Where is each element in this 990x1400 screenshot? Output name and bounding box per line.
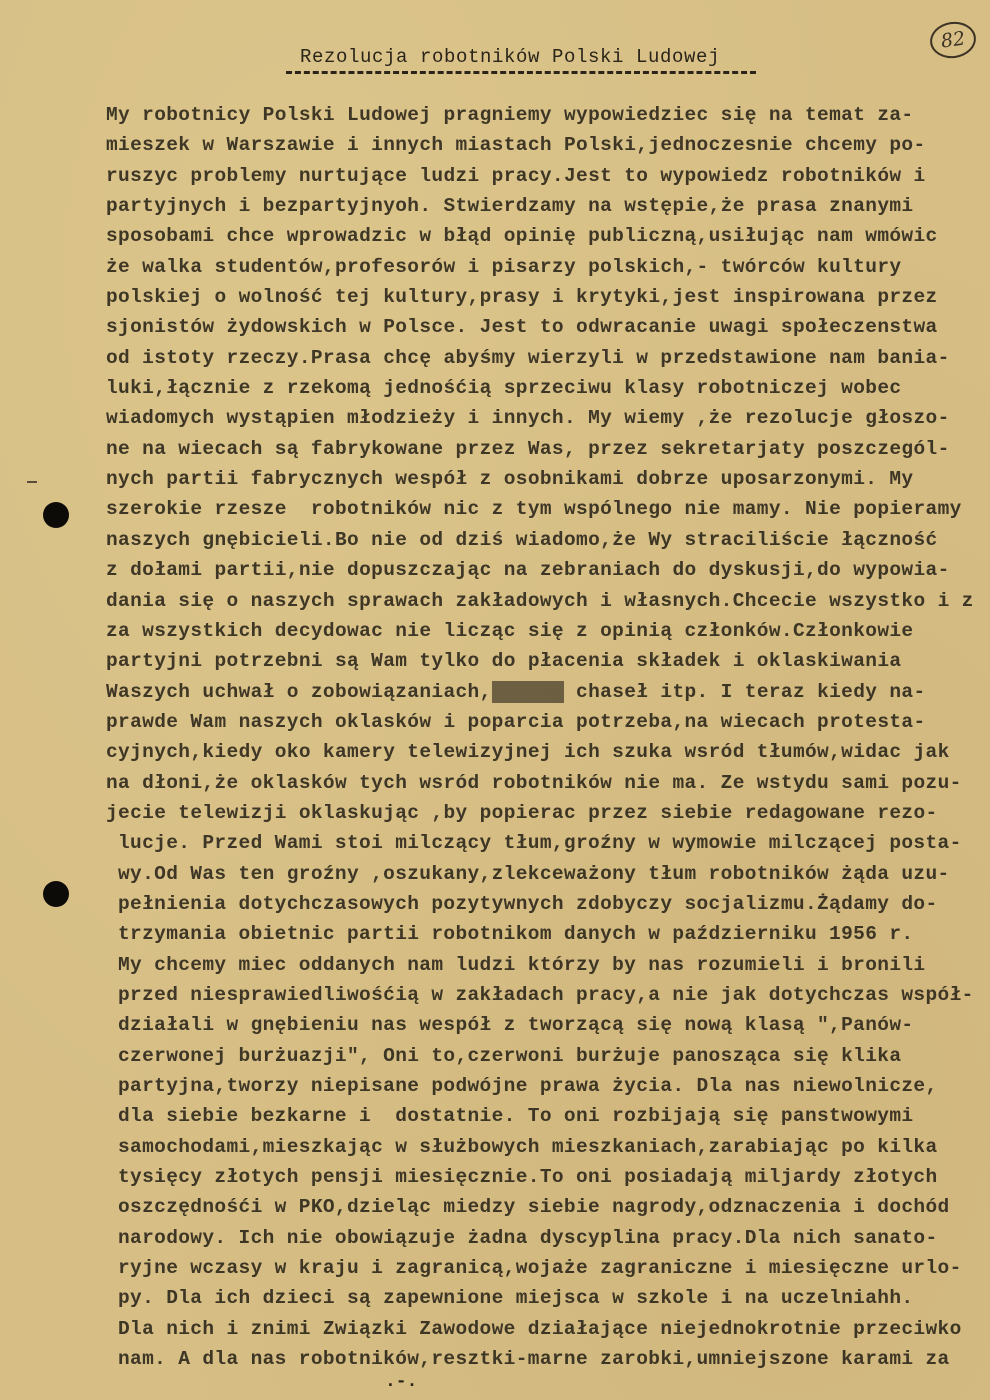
text-line: sjonistów żydowskich w Polsce. Jest to o…	[106, 312, 990, 342]
text-line: sposobami chce wprowadzic w błąd opinię …	[106, 221, 990, 251]
text-line: wiadomych wystąpien młodzieży i innych. …	[106, 403, 990, 433]
text-segment: Waszych uchwał o zobowiązaniach,	[106, 681, 492, 703]
text-line: My robotnicy Polski Ludowej pragniemy wy…	[106, 100, 990, 130]
text-line: pełnienia dotychczasowych pozytywnych zd…	[106, 889, 990, 919]
text-line: nych partii fabrycznych wespół z osobnik…	[106, 464, 990, 494]
text-line: Dla nich i znimi Związki Zawodowe działa…	[106, 1314, 990, 1344]
text-line: nam. A dla nas robotników,resztki-marne …	[106, 1344, 990, 1374]
text-line: naszych gnębicieli.Bo nie od dziś wiadom…	[106, 525, 990, 555]
punch-hole-icon	[43, 502, 69, 528]
text-line: polskiej o wolność tej kultury,prasy i k…	[106, 282, 990, 312]
text-line: narodowy. Ich nie obowiązuje żadna dyscy…	[106, 1223, 990, 1253]
text-line: z dołami partii,nie dopuszczając na zebr…	[106, 555, 990, 585]
text-line: trzymania obietnic partii robotnikom dan…	[106, 919, 990, 949]
text-segment: chaseł itp. I teraz kiedy na-	[564, 681, 926, 703]
text-line: na dłoni,że oklasków tych wsród robotnik…	[106, 768, 990, 798]
text-line: dania się o naszych sprawach zakładowych…	[106, 586, 990, 616]
text-line: partyjni potrzebni są Wam tylko do płace…	[106, 646, 990, 676]
text-line: samochodami,mieszkając w służbowych mies…	[106, 1132, 990, 1162]
text-line: od istoty rzeczy.Prasa chcę abyśmy wierz…	[106, 343, 990, 373]
page-continuation-mark: .-.	[385, 1372, 417, 1392]
text-line: lucje. Przed Wami stoi milczący tłum,gro…	[106, 828, 990, 858]
text-line: cyjnych,kiedy oko kamery telewizyjnej ic…	[106, 737, 990, 767]
text-line: py. Dla ich dzieci są zapewnione miejsca…	[106, 1283, 990, 1313]
text-line: My chcemy miec oddanych nam ludzi którzy…	[106, 950, 990, 980]
document-title: Rezolucja robotników Polski Ludowej	[300, 46, 720, 68]
text-line: luki,łącznie z rzekomą jednośćią sprzeci…	[106, 373, 990, 403]
text-line: ryjne wczasy w kraju i zagranicą,wojaże …	[106, 1253, 990, 1283]
text-line: ne na wiecach są fabrykowane przez Was, …	[106, 434, 990, 464]
text-line: jecie telewizji oklaskując ,by popierac …	[106, 798, 990, 828]
document-body: My robotnicy Polski Ludowej pragniemy wy…	[106, 100, 990, 1374]
title-underline	[286, 71, 756, 74]
text-line: że walka studentów,profesorów i pisarzy …	[106, 252, 990, 282]
text-line: wy.Od Was ten groźny ,oszukany,zlekceważ…	[106, 859, 990, 889]
struck-out-text: zkyxwk	[492, 681, 564, 703]
text-line-with-strikeout: Waszych uchwał o zobowiązaniach,zkyxwk c…	[106, 677, 990, 707]
text-line: czerwonej burżuazji", Oni to,czerwoni bu…	[106, 1041, 990, 1071]
text-line: za wszystkich decydowac nie licząc się z…	[106, 616, 990, 646]
punch-hole-icon	[43, 881, 69, 907]
text-line: tysięcy złotych pensji miesięcznie.To on…	[106, 1162, 990, 1192]
text-line: ruszyc problemy nurtujące ludzi pracy.Je…	[106, 161, 990, 191]
margin-mark	[27, 481, 37, 483]
text-line: partyjnych i bezpartyjnyoh. Stwierdzamy …	[106, 191, 990, 221]
text-line: mieszek w Warszawie i innych miastach Po…	[106, 130, 990, 160]
text-line: dla siebie bezkarne i dostatnie. To oni …	[106, 1101, 990, 1131]
text-line: prawde Wam naszych oklasków i poparcia p…	[106, 707, 990, 737]
text-line: partyjna,tworzy niepisane podwójne prawa…	[106, 1071, 990, 1101]
text-line: szerokie rzesze robotników nic z tym wsp…	[106, 494, 990, 524]
text-line: przed niesprawiedliwośćią w zakładach pr…	[106, 980, 990, 1010]
text-line: działali w gnębieniu nas wespół z tworzą…	[106, 1010, 990, 1040]
text-line: oszczędnośći w PKO,dzieląc miedzy siebie…	[106, 1192, 990, 1222]
